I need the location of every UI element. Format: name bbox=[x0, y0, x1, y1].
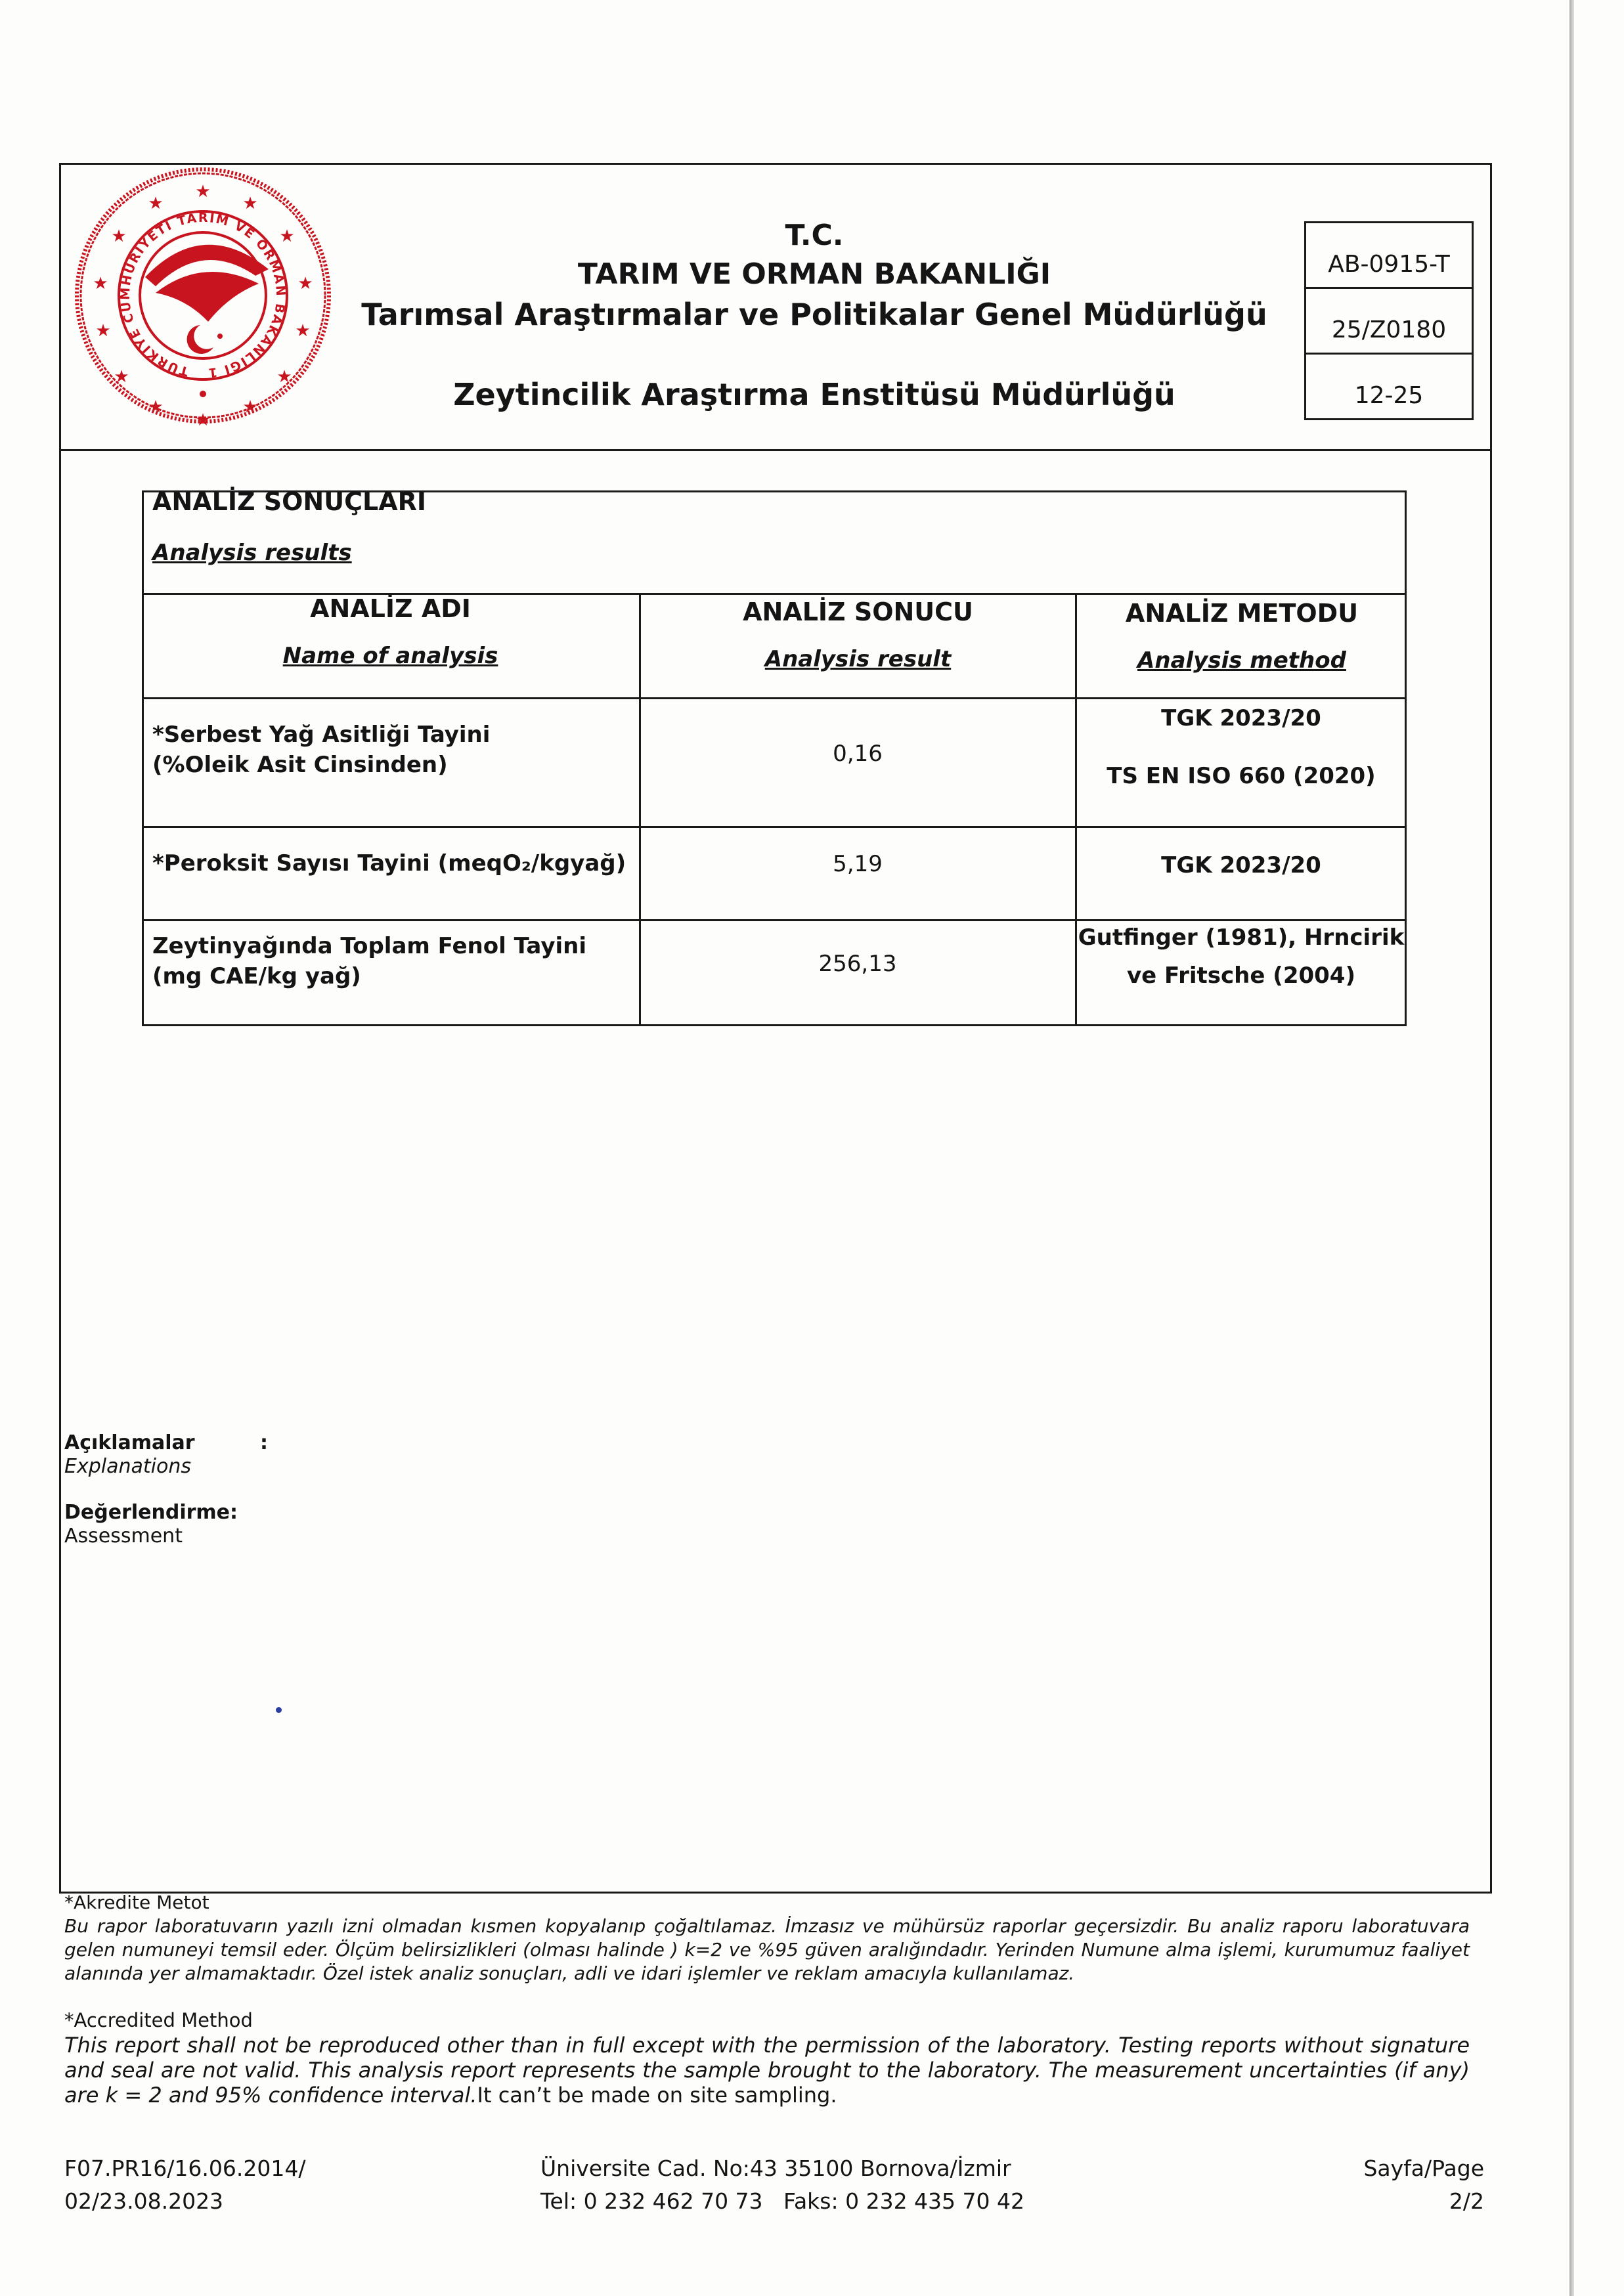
header-general-directorate: Tarımsal Araştırmalar ve Politikalar Gen… bbox=[302, 297, 1327, 332]
method-line: TS EN ISO 660 (2020) bbox=[1077, 763, 1405, 789]
scan-edge bbox=[1569, 0, 1574, 2296]
ink-mark bbox=[276, 1707, 282, 1713]
header-republic: T.C. bbox=[302, 219, 1327, 252]
table-row-3-result: 256,13 bbox=[640, 951, 1075, 977]
footnote-en: *Accredited Method This report shall not… bbox=[64, 2008, 1470, 2108]
svg-text:★: ★ bbox=[195, 182, 210, 202]
results-title: ANALİZ SONUÇLARI bbox=[152, 487, 426, 516]
table-row-2-method: TGK 2023/20 bbox=[1077, 852, 1405, 878]
form-code-line: F07.PR16/16.06.2014/ bbox=[64, 2152, 305, 2185]
explanations-label: Açıklamalar bbox=[64, 1431, 195, 1454]
reference-code-box: AB-0915-T 25/Z0180 12-25 bbox=[1304, 221, 1474, 420]
footer-phone: Tel: 0 232 462 70 73 Faks: 0 232 435 70 … bbox=[540, 2185, 1024, 2218]
column-header-name: ANALİZ ADI Name of analysis bbox=[142, 594, 639, 669]
footer-page: Sayfa/Page 2/2 bbox=[1327, 2152, 1484, 2218]
method-line: TGK 2023/20 bbox=[1077, 852, 1405, 878]
page-label: Sayfa/Page bbox=[1327, 2152, 1484, 2185]
table-rule bbox=[142, 826, 1407, 828]
analysis-name-line: *Serbest Yağ Asitliği Tayini bbox=[152, 720, 490, 750]
column-header-sublabel: Analysis result bbox=[641, 646, 1075, 672]
ministry-seal-logo: TÜRKİYE CUMHURİYETİ TARIM VE ORMAN BAKAN… bbox=[71, 158, 335, 433]
column-header-sublabel: Name of analysis bbox=[142, 643, 639, 669]
column-header-method: ANALİZ METODU Analysis method bbox=[1077, 599, 1407, 674]
disclaimer-tr: Bu rapor laboratuvarın yazılı izni olmad… bbox=[64, 1915, 1470, 1985]
explanations-label-en: Explanations bbox=[64, 1455, 191, 1478]
footnote-tr: *Akredite Metot Bu rapor laboratuvarın y… bbox=[64, 1891, 1470, 1985]
table-row-1-result: 0,16 bbox=[640, 741, 1075, 767]
method-line: ve Fritsche (2004) bbox=[1077, 963, 1405, 989]
header-divider bbox=[59, 449, 1492, 451]
results-subtitle: Analysis results bbox=[152, 540, 352, 566]
header-institute: Zeytincilik Araştırma Enstitüsü Müdürlüğ… bbox=[302, 377, 1327, 412]
footer-form-code: F07.PR16/16.06.2014/ 02/23.08.2023 bbox=[64, 2152, 305, 2218]
assessment-label: Değerlendirme: bbox=[64, 1501, 238, 1524]
reference-code: 25/Z0180 bbox=[1306, 287, 1472, 353]
page-number: 2/2 bbox=[1327, 2185, 1484, 2218]
column-header-label: ANALİZ SONUCU bbox=[641, 597, 1075, 626]
svg-text:★: ★ bbox=[276, 367, 292, 387]
method-line: TGK 2023/20 bbox=[1077, 705, 1405, 731]
table-row-2-name: *Peroksit Sayısı Tayini (meqO₂/kgyağ) bbox=[152, 848, 626, 878]
svg-text:★: ★ bbox=[279, 227, 294, 246]
svg-text:★: ★ bbox=[148, 194, 163, 213]
explanations-colon: : bbox=[260, 1431, 268, 1454]
svg-text:★: ★ bbox=[242, 397, 257, 417]
table-row-1-method: TGK 2023/20 TS EN ISO 660 (2020) bbox=[1077, 705, 1405, 789]
analysis-name-line: Zeytinyağında Toplam Fenol Tayini bbox=[152, 931, 586, 961]
table-row-3-name: Zeytinyağında Toplam Fenol Tayini (mg CA… bbox=[152, 931, 586, 991]
column-header-result: ANALİZ SONUCU Analysis result bbox=[641, 597, 1075, 672]
disclaimer-en-sampling: It can’t be made on site sampling. bbox=[477, 2083, 837, 2108]
svg-text:★: ★ bbox=[242, 194, 257, 213]
table-rule bbox=[142, 697, 1407, 699]
reference-code: AB-0915-T bbox=[1306, 223, 1472, 287]
analysis-name-line: (%Oleik Asit Cinsinden) bbox=[152, 750, 490, 780]
assessment-label-en: Assessment bbox=[64, 1525, 183, 1548]
svg-text:★: ★ bbox=[111, 227, 126, 246]
svg-text:★: ★ bbox=[195, 410, 210, 430]
analysis-name-line: (mg CAE/kg yağ) bbox=[152, 961, 586, 991]
table-rule bbox=[142, 919, 1407, 921]
column-header-label: ANALİZ ADI bbox=[142, 594, 639, 623]
svg-text:★: ★ bbox=[95, 321, 110, 341]
analysis-name-line: *Peroksit Sayısı Tayini (meqO₂/kgyağ) bbox=[152, 848, 626, 878]
column-header-label: ANALİZ METODU bbox=[1077, 599, 1407, 628]
form-code-line: 02/23.08.2023 bbox=[64, 2185, 305, 2218]
footer-address: Üniversite Cad. No:43 35100 Bornova/İzmi… bbox=[540, 2152, 1024, 2185]
method-line: Gutfinger (1981), Hrncirik bbox=[1077, 924, 1405, 951]
header-ministry: TARIM VE ORMAN BAKANLIĞI bbox=[302, 257, 1327, 291]
svg-text:★: ★ bbox=[114, 367, 129, 387]
column-header-sublabel: Analysis method bbox=[1077, 647, 1407, 674]
accredited-method-tr: *Akredite Metot bbox=[64, 1891, 1470, 1915]
table-row-1-name: *Serbest Yağ Asitliği Tayini (%Oleik Asi… bbox=[152, 720, 490, 780]
reference-code: 12-25 bbox=[1306, 353, 1472, 418]
svg-text:★: ★ bbox=[148, 397, 163, 417]
svg-text:★: ★ bbox=[93, 274, 108, 293]
table-row-3-method: Gutfinger (1981), Hrncirik ve Fritsche (… bbox=[1077, 924, 1405, 989]
accredited-method-en: *Accredited Method bbox=[64, 2008, 1470, 2033]
footer-contact: Üniversite Cad. No:43 35100 Bornova/İzmi… bbox=[540, 2152, 1024, 2218]
table-row-2-result: 5,19 bbox=[640, 851, 1075, 877]
